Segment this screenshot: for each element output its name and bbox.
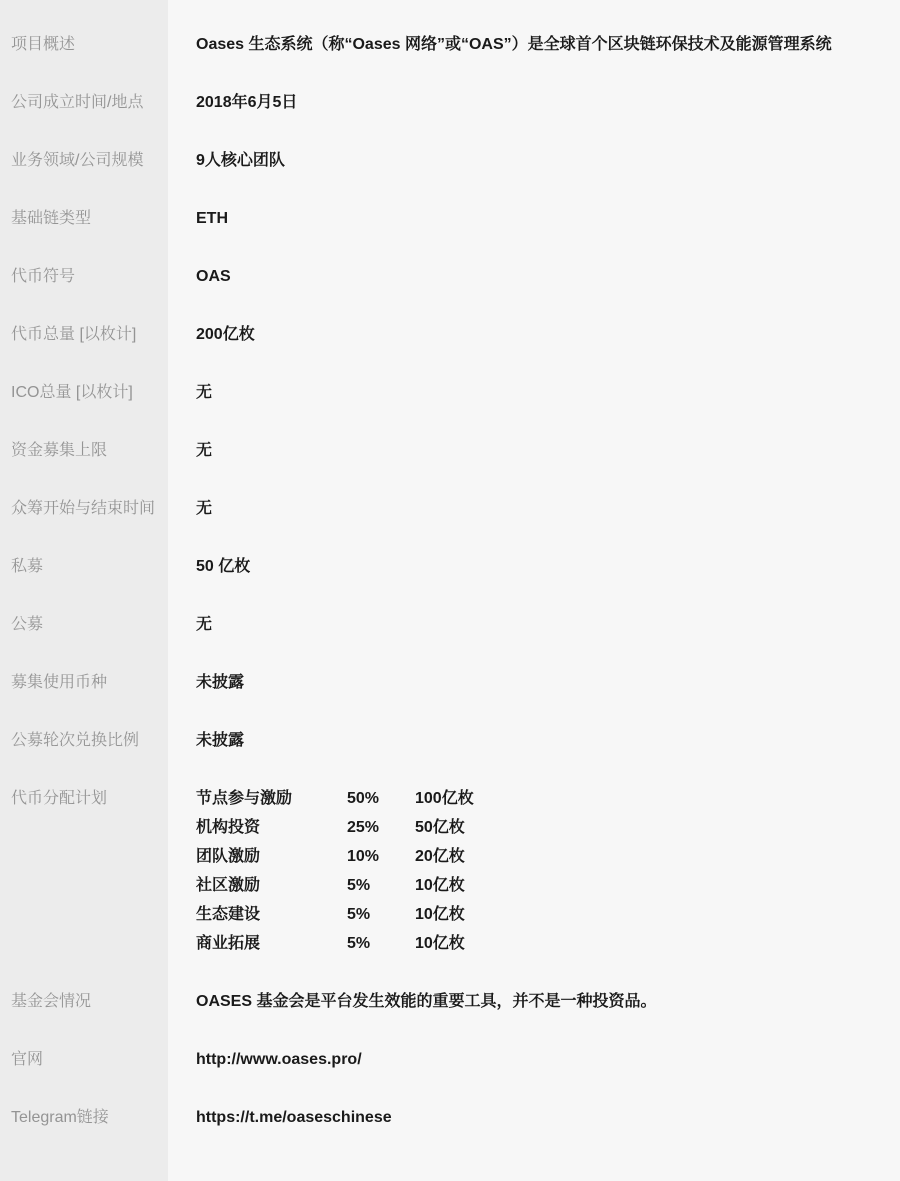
info-row-business-scope: 业务领域/公司规模 9人核心团队 xyxy=(0,146,900,175)
allocation-amount: 50亿枚 xyxy=(415,813,474,842)
info-row-project-overview: 项目概述 Oases 生态系统（称“Oases 网络”或“OAS”）是全球首个区… xyxy=(0,30,900,59)
info-row-token-allocation: 代币分配计划 节点参与激励 50% 100亿枚 机构投资 25% 50亿枚 团队… xyxy=(0,784,900,958)
info-row-accepted-currencies: 募集使用币种 未披露 xyxy=(0,668,900,697)
row-value: 200亿枚 xyxy=(196,320,255,349)
allocation-percent: 50% xyxy=(347,784,415,813)
allocation-amount: 100亿枚 xyxy=(415,784,474,813)
row-value: 9人核心团队 xyxy=(196,146,285,175)
info-row-founded: 公司成立时间/地点 2018年6月5日 xyxy=(0,88,900,117)
allocation-percent: 25% xyxy=(347,813,415,842)
info-row-crowdsale-dates: 众筹开始与结束时间 无 xyxy=(0,494,900,523)
row-label: 项目概述 xyxy=(0,30,168,59)
row-label: 代币符号 xyxy=(0,262,168,291)
row-value: 无 xyxy=(196,378,212,407)
info-row-public-sale-rate: 公募轮次兑换比例 未披露 xyxy=(0,726,900,755)
info-row-website: 官网 http://www.oases.pro/ xyxy=(0,1045,900,1074)
info-row-base-chain: 基础链类型 ETH xyxy=(0,204,900,233)
row-label: 代币总量 [以枚计] xyxy=(0,320,168,349)
row-value: 未披露 xyxy=(196,668,244,697)
info-row-ico-supply: ICO总量 [以枚计] 无 xyxy=(0,378,900,407)
row-label: ICO总量 [以枚计] xyxy=(0,378,168,407)
info-row-foundation: 基金会情况 OASES 基金会是平台发生效能的重要工具，并不是一种投资品。 xyxy=(0,987,900,1016)
row-label: 公司成立时间/地点 xyxy=(0,88,168,117)
row-label: 募集使用币种 xyxy=(0,668,168,697)
row-label: 公募轮次兑换比例 xyxy=(0,726,168,755)
row-value: 未披露 xyxy=(196,726,244,755)
row-label: Telegram链接 xyxy=(0,1103,168,1132)
info-row-fundraise-cap: 资金募集上限 无 xyxy=(0,436,900,465)
row-value: 无 xyxy=(196,436,212,465)
allocation-percent: 5% xyxy=(347,929,415,958)
row-label: 业务领域/公司规模 xyxy=(0,146,168,175)
allocation-amount: 10亿枚 xyxy=(415,871,474,900)
row-label: 基金会情况 xyxy=(0,987,168,1016)
allocation-name: 商业拓展 xyxy=(196,929,347,958)
row-value: OASES 基金会是平台发生效能的重要工具，并不是一种投资品。 xyxy=(196,987,656,1016)
info-row-private-sale: 私募 50 亿枚 xyxy=(0,552,900,581)
allocation-name: 节点参与激励 xyxy=(196,784,347,813)
row-label: 众筹开始与结束时间 xyxy=(0,494,168,523)
allocation-amount: 10亿枚 xyxy=(415,900,474,929)
info-row-token-supply: 代币总量 [以枚计] 200亿枚 xyxy=(0,320,900,349)
allocation-percent: 5% xyxy=(347,871,415,900)
row-label: 官网 xyxy=(0,1045,168,1074)
row-label: 公募 xyxy=(0,610,168,639)
row-label: 基础链类型 xyxy=(0,204,168,233)
token-info-sheet: 项目概述 Oases 生态系统（称“Oases 网络”或“OAS”）是全球首个区… xyxy=(0,0,900,1132)
row-value: OAS xyxy=(196,262,231,291)
row-value: ETH xyxy=(196,204,228,233)
allocation-amount: 10亿枚 xyxy=(415,929,474,958)
website-url: http://www.oases.pro/ xyxy=(196,1045,362,1074)
telegram-url: https://t.me/oaseschinese xyxy=(196,1103,392,1132)
allocation-percent: 10% xyxy=(347,842,415,871)
allocation-amount: 20亿枚 xyxy=(415,842,474,871)
info-row-token-symbol: 代币符号 OAS xyxy=(0,262,900,291)
allocation-name: 团队激励 xyxy=(196,842,347,871)
row-label: 代币分配计划 xyxy=(0,784,168,813)
allocation-name: 机构投资 xyxy=(196,813,347,842)
allocation-name: 社区激励 xyxy=(196,871,347,900)
row-value: Oases 生态系统（称“Oases 网络”或“OAS”）是全球首个区块链环保技… xyxy=(196,30,832,59)
allocation-name: 生态建设 xyxy=(196,900,347,929)
row-label: 私募 xyxy=(0,552,168,581)
info-row-public-sale: 公募 无 xyxy=(0,610,900,639)
info-row-telegram: Telegram链接 https://t.me/oaseschinese xyxy=(0,1103,900,1132)
allocation-percent: 5% xyxy=(347,900,415,929)
allocation-table: 节点参与激励 50% 100亿枚 机构投资 25% 50亿枚 团队激励 10% … xyxy=(196,784,474,958)
row-value: 2018年6月5日 xyxy=(196,88,297,117)
row-value: 无 xyxy=(196,610,212,639)
row-value: 50 亿枚 xyxy=(196,552,250,581)
row-label: 资金募集上限 xyxy=(0,436,168,465)
row-value: 无 xyxy=(196,494,212,523)
